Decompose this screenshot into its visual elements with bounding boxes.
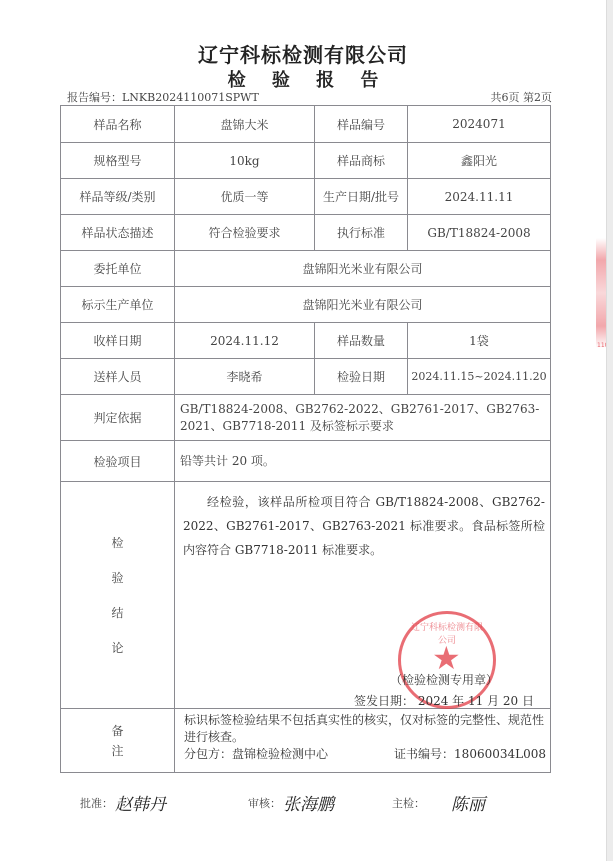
table-row: 标示生产单位 盘锦阳光米业有限公司: [61, 287, 551, 323]
value-standard: GB/T18824-2008: [408, 215, 551, 251]
report-page: 辽宁科标检测有限公司 检 验 报 告 报告编号：LNKB2024110071SP…: [0, 0, 606, 861]
label-production-date: 生产日期/批号: [315, 179, 408, 215]
page-info: 共6页 第2页: [430, 89, 552, 105]
label-spec: 规格型号: [61, 143, 175, 179]
reviewer-name: 张海鹏: [283, 790, 334, 815]
value-grade: 优质一等: [175, 179, 315, 215]
value-quantity: 1袋: [408, 323, 551, 359]
approver-name: 赵韩丹: [115, 790, 166, 815]
label-trademark: 样品商标: [315, 143, 408, 179]
value-basis: GB/T18824-2008、GB2762-2022、GB2761-2017、G…: [175, 395, 551, 441]
report-number-label: 报告编号：: [67, 91, 122, 104]
value-sample-state: 符合检验要求: [175, 215, 315, 251]
label-sample-name: 样品名称: [61, 106, 175, 143]
label-sample-state: 样品状态描述: [61, 215, 175, 251]
table-row: 委托单位 盘锦阳光米业有限公司: [61, 251, 551, 287]
scrollbar[interactable]: [606, 0, 613, 861]
certificate-number: 证书编号：18060034L008: [394, 746, 546, 763]
inspector-signature: 主检： 陈丽: [392, 790, 485, 815]
inspector-label: 主检：: [392, 795, 425, 811]
value-items: 铅等共计 20 项。: [175, 441, 551, 482]
remarks-char: 备: [111, 721, 123, 741]
page-seam-stamp: [596, 238, 606, 348]
value-production-date: 2024.11.11: [408, 179, 551, 215]
value-receive-date: 2024.11.12: [175, 323, 315, 359]
remarks-text: 标识标签检验结果不包括真实性的核实，仅对标签的完整性、规范性进行核查。: [184, 712, 546, 746]
value-sample-number: 2024071: [408, 106, 551, 143]
label-grade: 样品等级/类别: [61, 179, 175, 215]
approver-label: 批准：: [80, 795, 113, 811]
table-row: 样品等级/类别 优质一等 生产日期/批号 2024.11.11: [61, 179, 551, 215]
label-sample-number: 样品编号: [315, 106, 408, 143]
label-client: 委托单位: [61, 251, 175, 287]
inspector-name: 陈丽: [451, 790, 485, 815]
company-name: 辽宁科标检测有限公司: [0, 39, 606, 68]
label-conclusion: 检 验 结 论: [61, 482, 175, 709]
table-row: 送样人员 李晓希 检验日期 2024.11.15~2024.11.20: [61, 359, 551, 395]
label-standard: 执行标准: [315, 215, 408, 251]
value-manufacturer: 盘锦阳光米业有限公司: [175, 287, 551, 323]
reviewer-label: 审核：: [248, 795, 281, 811]
conclusion-char: 检: [111, 534, 123, 551]
report-number: 报告编号：LNKB2024110071SPWT: [67, 89, 259, 105]
table-row: 样品状态描述 符合检验要求 执行标准 GB/T18824-2008: [61, 215, 551, 251]
report-number-value: LNKB2024110071SPWT: [122, 91, 259, 104]
label-manufacturer: 标示生产单位: [61, 287, 175, 323]
table-row: 检验项目 铅等共计 20 项。: [61, 441, 551, 482]
issue-date: 签发日期： 2024 年 11 月 20 日: [354, 692, 534, 709]
value-trademark: 鑫阳光: [408, 143, 551, 179]
label-quantity: 样品数量: [315, 323, 408, 359]
label-sender: 送样人员: [61, 359, 175, 395]
remarks-content: 标识标签检验结果不包括真实性的核实，仅对标签的完整性、规范性进行核查。 分包方：…: [184, 712, 546, 763]
value-sample-name: 盘锦大米: [175, 106, 315, 143]
approver-signature: 批准： 赵韩丹: [80, 790, 166, 815]
value-spec: 10kg: [175, 143, 315, 179]
value-client: 盘锦阳光米业有限公司: [175, 251, 551, 287]
conclusion-char: 论: [111, 639, 123, 656]
value-sender: 李晓希: [175, 359, 315, 395]
star-icon: ★: [432, 642, 461, 674]
subcontractor: 分包方：盘锦检验检测中心: [184, 746, 328, 763]
value-inspection-date: 2024.11.15~2024.11.20: [408, 359, 551, 395]
conclusion-char: 验: [111, 569, 123, 586]
label-remarks: 备 注: [61, 709, 175, 773]
label-receive-date: 收样日期: [61, 323, 175, 359]
reviewer-signature: 审核： 张海鹏: [248, 790, 334, 815]
conclusion-char: 结: [111, 604, 123, 621]
table-row: 收样日期 2024.11.12 样品数量 1袋: [61, 323, 551, 359]
table-row: 规格型号 10kg 样品商标 鑫阳光: [61, 143, 551, 179]
stamp-caption: （检验检测专用章）: [390, 671, 498, 688]
table-row: 判定依据 GB/T18824-2008、GB2762-2022、GB2761-2…: [61, 395, 551, 441]
label-inspection-date: 检验日期: [315, 359, 408, 395]
label-basis: 判定依据: [61, 395, 175, 441]
table-row: 样品名称 盘锦大米 样品编号 2024071: [61, 106, 551, 143]
label-items: 检验项目: [61, 441, 175, 482]
conclusion-text: 经检验，该样品所检项目符合 GB/T18824-2008、GB2762-2022…: [183, 490, 545, 562]
remarks-char: 注: [111, 741, 123, 761]
